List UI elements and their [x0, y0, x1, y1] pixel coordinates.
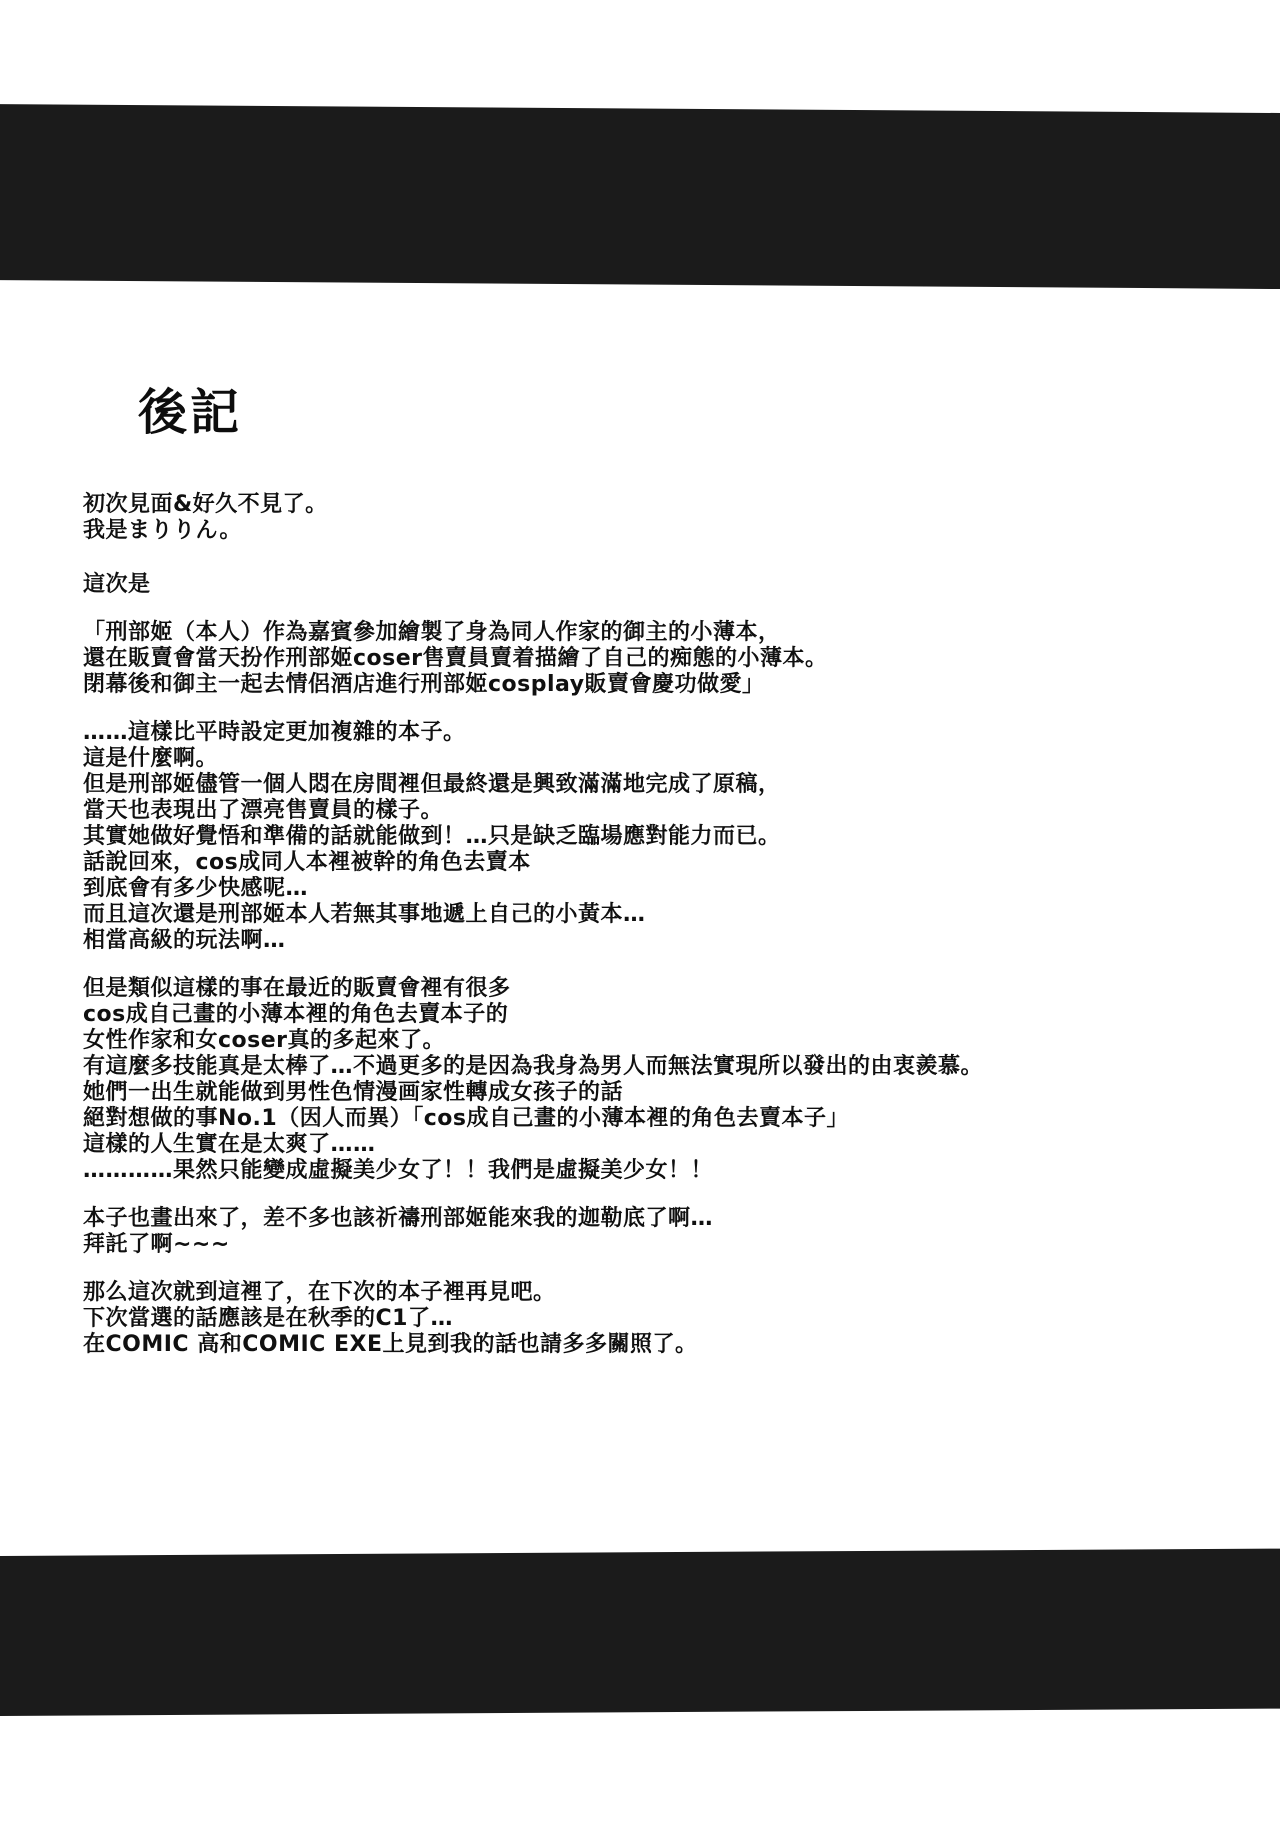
- text-line: 話說回來，cos成同人本裡被幹的角色去賣本: [83, 850, 1203, 876]
- text-line: 其實她做好覺悟和準備的話就能做到！…只是缺乏臨場應對能力而已。: [83, 824, 1203, 850]
- text-line: 但是刑部姬儘管一個人悶在房間裡但最終還是興致滿滿地完成了原稿，: [83, 772, 1203, 798]
- text-line: 這次是: [83, 572, 1203, 598]
- text-line: 絕對想做的事No.1（因人而異）「cos成自己畫的小薄本裡的角色去賣本子」: [83, 1106, 1203, 1132]
- text-line: 在COMIC 高和COMIC EXE上見到我的話也請多多關照了。: [83, 1332, 1203, 1358]
- page-title: 後記: [138, 386, 242, 440]
- text-line: cos成自己畫的小薄本裡的角色去賣本子的: [83, 1002, 1203, 1028]
- text-line: 但是類似這樣的事在最近的販賣會裡有很多: [83, 976, 1203, 1002]
- text-line: 拜託了啊~~~: [83, 1232, 1203, 1258]
- text-line: 這樣的人生實在是太爽了……: [83, 1132, 1203, 1158]
- text-line: 有這麼多技能真是太棒了…不過更多的是因為我身為男人而無法實現所以發出的由衷羨慕。: [83, 1054, 1203, 1080]
- afterword-page: 後記 初次見面&好久不見了。 我是まりりん。 這次是 「刑部姬（本人）作為嘉賓參…: [0, 0, 1280, 1835]
- afterword-body: 初次見面&好久不見了。 我是まりりん。 這次是 「刑部姬（本人）作為嘉賓參加繪製…: [83, 492, 1203, 1358]
- text-line: 我是まりりん。: [83, 518, 1203, 544]
- text-line: 閉幕後和御主一起去情侶酒店進行刑部姬cosplay販賣會慶功做愛」: [83, 672, 1203, 698]
- text-line: 相當高級的玩法啊…: [83, 928, 1203, 954]
- text-line: ……這樣比平時設定更加複雜的本子。: [83, 720, 1203, 746]
- text-line: 女性作家和女coser真的多起來了。: [83, 1028, 1203, 1054]
- text-line: 初次見面&好久不見了。: [83, 492, 1203, 518]
- top-black-bar: [0, 104, 1280, 289]
- text-line: 到底會有多少快感呢…: [83, 876, 1203, 902]
- text-line: 而且這次還是刑部姬本人若無其事地遞上自己的小黃本…: [83, 902, 1203, 928]
- text-line: 還在販賣會當天扮作刑部姬coser售賣員賣着描繪了自己的痴態的小薄本。: [83, 646, 1203, 672]
- text-line: 她們一出生就能做到男性色情漫画家性轉成女孩子的話: [83, 1080, 1203, 1106]
- text-line: 這是什麼啊。: [83, 746, 1203, 772]
- text-line: …………果然只能變成虛擬美少女了！！我們是虛擬美少女！！: [83, 1158, 1203, 1184]
- text-line: 那么這次就到這裡了，在下次的本子裡再見吧。: [83, 1280, 1203, 1306]
- text-line: 當天也表現出了漂亮售賣員的樣子。: [83, 798, 1203, 824]
- bottom-black-bar: [0, 1549, 1280, 1716]
- text-line: 本子也畫出來了，差不多也該祈禱刑部姬能來我的迦勒底了啊…: [83, 1206, 1203, 1232]
- text-line: 「刑部姬（本人）作為嘉賓參加繪製了身為同人作家的御主的小薄本，: [83, 620, 1203, 646]
- text-line: 下次當選的話應該是在秋季的C1了…: [83, 1306, 1203, 1332]
